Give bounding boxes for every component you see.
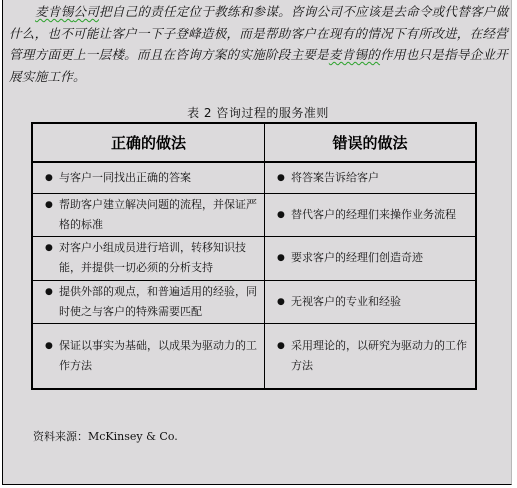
body-paragraph: 麦肯锡公司把自己的责任定位于教练和参谋。咨询公司不应该是去命令或代替客户做什么，… (9, 1, 509, 87)
bullet-icon: ● (277, 205, 291, 225)
table-caption: 表 2 咨询过程的服务准则 (3, 104, 513, 121)
spellcheck-word: 公司 (73, 4, 99, 19)
cell-text: 将答案告诉给客户 (291, 168, 473, 188)
cell-wrong: ●采用理论的，以研究为驱动力的工作方法 (265, 323, 477, 389)
cell-wrong: ●无视客户的专业和经验 (265, 280, 477, 323)
source-note: 资料来源：McKinsey & Co. (33, 428, 178, 444)
table-row: ●保证以事实为基础，以成果为驱动力的工作方法 ●采用理论的，以研究为驱动力的工作… (32, 323, 476, 389)
cell-wrong: ●将答案告诉给客户 (265, 162, 477, 193)
table-row: ●提供外部的观点，和普遍适用的经验，同时使之与客户的特殊需要匹配 ●无视客户的专… (32, 280, 476, 323)
cell-text: 对客户小组成员进行培训，转移知识技能，并提供一切必须的分析支持 (59, 238, 262, 278)
table-row: ●帮助客户建立解决问题的流程，并保证严格的标准 ●替代客户的经理们来操作业务流程 (32, 193, 476, 236)
bullet-icon: ● (45, 336, 59, 356)
bullet-icon: ● (45, 282, 59, 302)
cell-text: 采用理论的，以研究为驱动力的工作方法 (291, 336, 473, 376)
table-header-row: 正确的做法 错误的做法 (32, 123, 476, 162)
bullet-icon: ● (45, 238, 59, 258)
cell-text: 要求客户的经理们创造奇迹 (291, 248, 473, 268)
cell-text: 帮助客户建立解决问题的流程，并保证严格的标准 (59, 195, 262, 235)
cell-text: 提供外部的观点，和普遍适用的经验，同时使之与客户的特殊需要匹配 (59, 282, 262, 322)
cell-text: 保证以事实为基础，以成果为驱动力的工作方法 (59, 336, 262, 376)
bullet-icon: ● (277, 336, 291, 356)
cell-correct: ●对客户小组成员进行培训，转移知识技能，并提供一切必须的分析支持 (32, 236, 265, 280)
document-page: 麦肯锡公司把自己的责任定位于教练和参谋。咨询公司不应该是去命令或代替客户做什么，… (2, 0, 512, 485)
cell-correct: ●提供外部的观点，和普遍适用的经验，同时使之与客户的特殊需要匹配 (32, 280, 265, 323)
service-rules-table: 正确的做法 错误的做法 ●与客户一同找出正确的答案 ●将答案告诉给客户 ●帮助客… (31, 122, 477, 390)
cell-text: 无视客户的专业和经验 (291, 292, 473, 312)
bullet-icon: ● (277, 248, 291, 268)
header-wrong: 错误的做法 (265, 123, 477, 162)
cell-text: 替代客户的经理们来操作业务流程 (291, 205, 473, 225)
header-correct: 正确的做法 (32, 123, 265, 162)
cell-wrong: ●替代客户的经理们来操作业务流程 (265, 193, 477, 236)
cell-text: 与客户一同找出正确的答案 (59, 168, 262, 188)
bullet-icon: ● (45, 195, 59, 215)
table-row: ●对客户小组成员进行培训，转移知识技能，并提供一切必须的分析支持 ●要求客户的经… (32, 236, 476, 280)
cell-correct: ●与客户一同找出正确的答案 (32, 162, 265, 193)
bullet-icon: ● (277, 168, 291, 188)
bullet-icon: ● (277, 292, 291, 312)
cell-correct: ●保证以事实为基础，以成果为驱动力的工作方法 (32, 323, 265, 389)
bullet-icon: ● (45, 168, 59, 188)
cell-wrong: ●要求客户的经理们创造奇迹 (265, 236, 477, 280)
spellcheck-word: 麦肯锡 (35, 4, 73, 19)
spellcheck-word: 麦肯锡的 (329, 47, 380, 62)
cell-correct: ●帮助客户建立解决问题的流程，并保证严格的标准 (32, 193, 265, 236)
table-row: ●与客户一同找出正确的答案 ●将答案告诉给客户 (32, 162, 476, 193)
